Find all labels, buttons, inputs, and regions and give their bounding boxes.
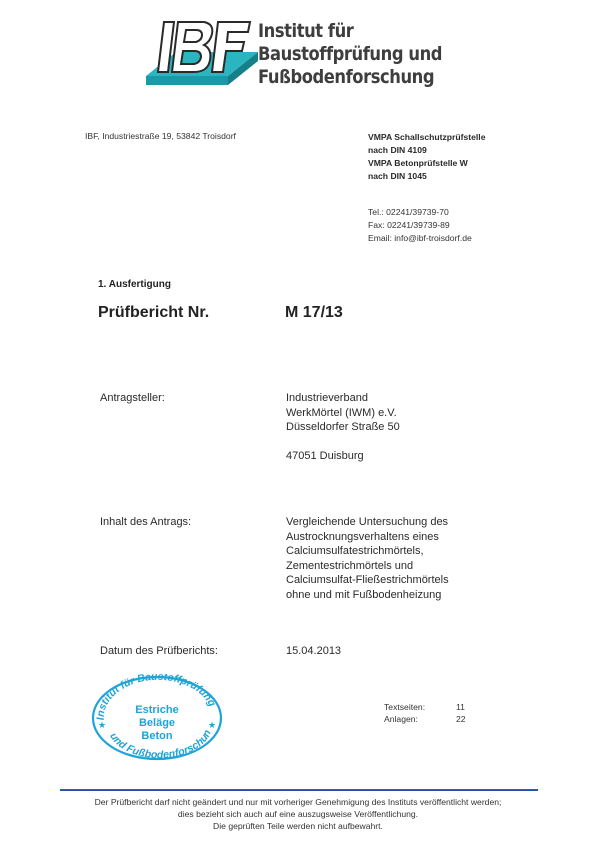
- svg-text:Beläge: Beläge: [139, 717, 175, 729]
- footer-line: dies bezieht sich auch auf eine auszugsw…: [40, 808, 556, 820]
- footer-divider: [60, 789, 538, 791]
- footer-line: Der Prüfbericht darf nicht geändert und …: [40, 796, 556, 808]
- institute-stamp: Institut für Baustoffprüfung und Fußbode…: [90, 674, 224, 762]
- date-value: 15.04.2013: [286, 644, 341, 659]
- sender-address: IBF, Industriestraße 19, 53842 Troisdorf: [85, 131, 236, 141]
- svg-text:★: ★: [208, 720, 216, 730]
- content-line: Vergleichende Untersuchung des: [286, 515, 449, 530]
- page-count-block: Textseiten: 11 Anlagen: 22: [384, 702, 466, 725]
- applicant-line: Industrieverband: [286, 391, 400, 406]
- content-line: Calciumsulfat-Fließestrichmörtels: [286, 573, 449, 588]
- content-label: Inhalt des Antrags:: [100, 516, 191, 528]
- svg-text:★: ★: [98, 720, 106, 730]
- ibf-logo-icon: [146, 18, 258, 93]
- accreditation-line: nach DIN 4109: [368, 144, 485, 157]
- footer-disclaimer: Der Prüfbericht darf nicht geändert und …: [40, 796, 556, 832]
- report-number-value: M 17/13: [285, 304, 343, 322]
- report-number-label: Prüfbericht Nr.: [98, 304, 209, 322]
- applicant-value: Industrieverband WerkMörtel (IWM) e.V. D…: [286, 391, 400, 463]
- svg-text:Estriche: Estriche: [135, 704, 178, 716]
- applicant-line: WerkMörtel (IWM) e.V.: [286, 406, 400, 421]
- content-line: ohne und mit Fußbodenheizung: [286, 588, 449, 603]
- institute-name: Institut für Baustoffprüfung und Fußbode…: [258, 20, 442, 89]
- contact-block: Tel.: 02241/39739-70 Fax: 02241/39739-89…: [368, 206, 472, 245]
- stamp-icon: Institut für Baustoffprüfung und Fußbode…: [90, 674, 224, 762]
- institute-name-line-2: Baustoffprüfung und: [258, 43, 442, 66]
- content-line: Austrocknungsverhaltens eines: [286, 530, 449, 545]
- institute-name-line-1: Institut für: [258, 20, 442, 43]
- ibf-logo: [146, 18, 258, 93]
- date-label: Datum des Prüfberichts:: [100, 645, 218, 657]
- footer-line: Die geprüften Teile werden nicht aufbewa…: [40, 820, 556, 832]
- content-value: Vergleichende Untersuchung des Austrockn…: [286, 515, 449, 602]
- content-line: Zementestrichmörtels und: [286, 559, 449, 574]
- applicant-label: Antragsteller:: [100, 392, 165, 404]
- fax-number: Fax: 02241/39739-89: [368, 219, 472, 232]
- email-address[interactable]: Email: info@ibf-troisdorf.de: [368, 232, 472, 245]
- institute-name-line-3: Fußbodenforschung: [258, 66, 442, 89]
- accreditations: VMPA Schallschutzprüfstelle nach DIN 410…: [368, 131, 485, 183]
- text-pages-value: 11: [456, 702, 465, 714]
- attachments-label: Anlagen:: [384, 714, 456, 726]
- copy-label: 1. Ausfertigung: [98, 279, 171, 290]
- applicant-line: Düsseldorfer Straße 50: [286, 420, 400, 435]
- applicant-city: 47051 Duisburg: [286, 449, 400, 464]
- attachments-value: 22: [456, 714, 466, 726]
- text-pages-label: Textseiten:: [384, 702, 456, 714]
- phone-number: Tel.: 02241/39739-70: [368, 206, 472, 219]
- accreditation-line: nach DIN 1045: [368, 170, 485, 183]
- accreditation-line: VMPA Betonprüfstelle W: [368, 157, 485, 170]
- content-line: Calciumsulfatestrichmörtels,: [286, 544, 449, 559]
- svg-text:Beton: Beton: [141, 730, 172, 742]
- accreditation-line: VMPA Schallschutzprüfstelle: [368, 131, 485, 144]
